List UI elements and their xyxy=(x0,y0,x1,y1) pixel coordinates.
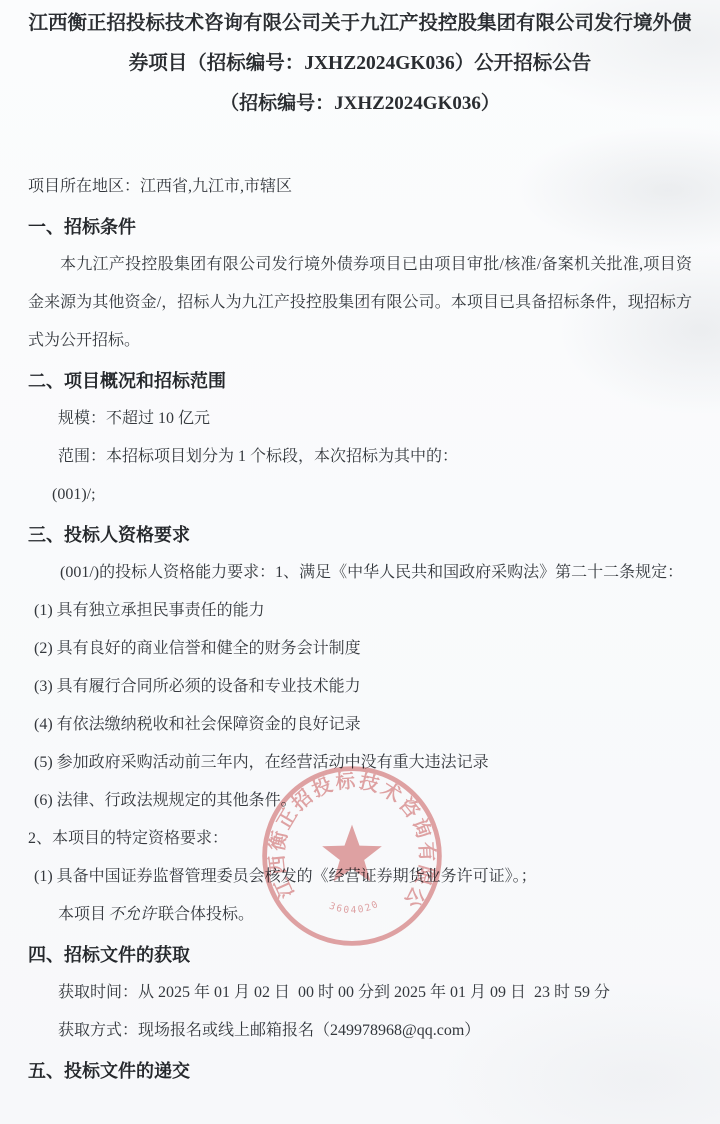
consortium-emphasis: 不允许 xyxy=(106,906,158,923)
qualification-item: (6) 法律、行政法规规定的其他条件。 xyxy=(28,782,692,820)
obtain-time-line: 获取时间：从 2025 年 01 月 02 日 00 时 00 分到 2025 … xyxy=(28,974,692,1012)
tender-announcement-page: 江西衡正招投标技术咨询有限公司关于九江产投控股集团有限公司发行境外债券项目（招标… xyxy=(0,0,720,1124)
consortium-prefix: 本项目 xyxy=(58,906,106,923)
qualification-item: (2) 具有良好的商业信誉和健全的财务会计制度 xyxy=(28,630,692,668)
qualification-item: (5) 参加政府采购活动前三年内，在经营活动中没有重大违法记录 xyxy=(28,744,692,782)
section-3-heading: 三、投标人资格要求 xyxy=(28,516,692,554)
section-1-body: 本九江产投控股集团有限公司发行境外债券项目已由项目审批/核准/备案机关批准,项目… xyxy=(28,246,692,360)
scope-line: 范围：本招标项目划分为 1 个标段，本次招标为其中的： xyxy=(28,438,692,476)
title-block: 江西衡正招投标技术咨询有限公司关于九江产投控股集团有限公司发行境外债券项目（招标… xyxy=(28,4,692,124)
section-2-heading: 二、项目概况和招标范围 xyxy=(28,362,692,400)
tender-number-subtitle: （招标编号：JXHZ2024GK036） xyxy=(28,84,692,124)
section-1-heading: 一、招标条件 xyxy=(28,208,692,246)
page-title: 江西衡正招投标技术咨询有限公司关于九江产投控股集团有限公司发行境外债券项目（招标… xyxy=(28,4,692,84)
document-body: 江西衡正招投标技术咨询有限公司关于九江产投控股集团有限公司发行境外债券项目（招标… xyxy=(0,0,720,1090)
special-qualification-item: (1) 具备中国证券监督管理委员会核发的《经营证券期货业务许可证》。； xyxy=(28,858,692,896)
lot-line: (001)/; xyxy=(28,476,692,514)
scale-line: 规模：不超过 10 亿元 xyxy=(28,400,692,438)
section-5-heading: 五、投标文件的递交 xyxy=(28,1052,692,1090)
consortium-suffix: 联合体投标。 xyxy=(158,906,254,923)
qualification-intro: (001/)的投标人资格能力要求：1、满足《中华人民共和国政府采购法》第二十二条… xyxy=(28,554,692,592)
qualification-item: (3) 具有履行合同所必须的设备和专业技术能力 xyxy=(28,668,692,706)
project-location-line: 项目所在地区：江西省,九江市,市辖区 xyxy=(28,168,692,206)
consortium-line: 本项目不允许联合体投标。 xyxy=(28,896,692,934)
special-qualification-heading: 2、本项目的特定资格要求： xyxy=(28,820,692,858)
section-4-heading: 四、招标文件的获取 xyxy=(28,936,692,974)
obtain-method-line: 获取方式：现场报名或线上邮箱报名（249978968@qq.com） xyxy=(28,1012,692,1050)
qualification-item: (1) 具有独立承担民事责任的能力 xyxy=(28,592,692,630)
qualification-item: (4) 有依法缴纳税收和社会保障资金的良好记录 xyxy=(28,706,692,744)
